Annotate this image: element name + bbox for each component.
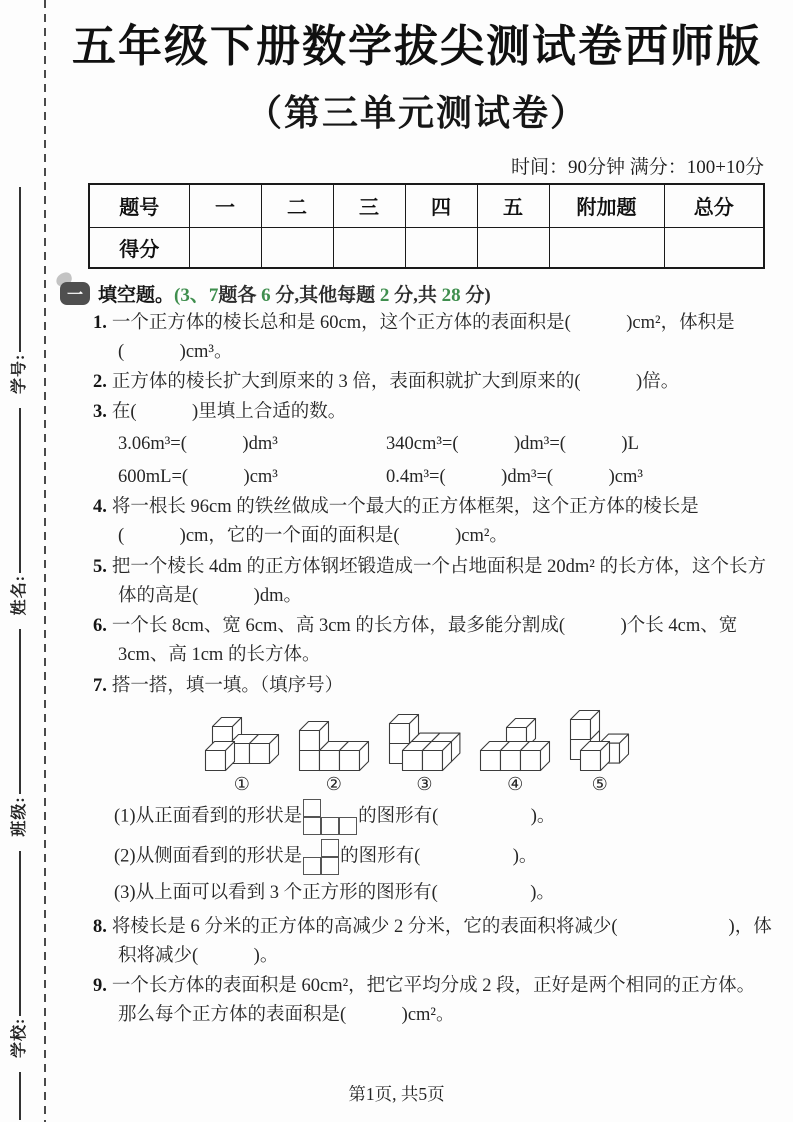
school-field-label: 学校: — [11, 1018, 28, 1058]
question-number: 7. — [93, 676, 107, 696]
score-cell — [549, 227, 664, 268]
score-table-header-row: 题号 一 二 三 四 五 附加题 总分 — [89, 184, 764, 228]
question-7-sub-2: (2)从侧面看到的形状是的图形有( )。 — [56, 839, 772, 875]
cube-blocks-drawing — [388, 713, 461, 772]
col-part-3: 三 — [333, 184, 405, 228]
student-id-field-label: 学号: — [11, 354, 28, 394]
paper-body: 五年级下册数学拔尖测试卷西师版 （第三单元测试卷） 时间：90分钟 满分：100… — [56, 0, 778, 1032]
question-number: 9. — [93, 976, 107, 996]
sub-question-text: 的图形有( )。 — [340, 846, 537, 866]
sub-question-text: (3)从上面可以看到 3 个正方形的图形有( )。 — [114, 883, 555, 903]
cube-figures-row: ① ② ③ ④ ⑤ — [56, 709, 778, 795]
figure-label: ⑤ — [569, 774, 630, 795]
question-number: 1. — [93, 313, 107, 333]
page-indicator: 第1页, 共5页 — [0, 1081, 793, 1106]
question-5: 5.把一个棱长 4dm 的正方体钢坯锻造成一个占地面积是 20dm² 的长方体，… — [56, 553, 772, 611]
question-number: 2. — [93, 372, 107, 392]
figure-label: ④ — [479, 774, 551, 795]
section-one-header: 一 填空题。 (3、7题各 6 分,其他每题 2 分,共 28 分) — [60, 280, 778, 307]
class-field-label: 班级: — [11, 796, 28, 836]
paper-subtitle: （第三单元测试卷） — [56, 85, 778, 136]
sub-question-text: (2)从侧面看到的形状是 — [114, 846, 302, 866]
score-cell — [664, 227, 764, 268]
question-number: 4. — [93, 497, 107, 517]
section-number-badge: 一 — [60, 282, 90, 305]
cube-figure-1: ① — [204, 716, 280, 795]
col-total: 总分 — [664, 184, 764, 228]
question-3-conversions: 3.06m³=( )dm³ 340cm³=( )dm³=( )L 600mL=(… — [56, 428, 778, 493]
question-7-sub-3: (3)从上面可以看到 3 个正方形的图形有( )。 — [56, 879, 772, 909]
question-text: 正方体的棱长扩大到原来的 3 倍，表面积就扩大到原来的( )倍。 — [112, 372, 679, 392]
col-question-number: 题号 — [89, 184, 189, 228]
question-4: 4.将一根长 96cm 的铁丝做成一个最大的正方体框架，这个正方体的棱长是( )… — [56, 493, 772, 551]
binding-sidebar: 学校: 班级: 姓名: 学号: — [0, 0, 44, 1122]
front-view-shape-diagram — [303, 799, 357, 835]
student-info-fields: 学校: 班级: 姓名: 学号: — [6, 120, 29, 1120]
student-id-write-in-line — [19, 187, 21, 352]
question-8: 8.将棱长是 6 分米的正方体的高减少 2 分米，它的表面积将减少( )，体积将… — [56, 913, 772, 971]
question-1: 1.一个正方体的棱长总和是 60cm，这个正方体的表面积是( )cm²，体积是(… — [56, 309, 772, 367]
score-row-label: 得分 — [89, 227, 189, 268]
score-cell — [189, 227, 261, 268]
cube-blocks-drawing — [298, 720, 370, 772]
question-text: 把一个棱长 4dm 的正方体钢坯锻造成一个占地面积是 20dm² 的长方体，这个… — [112, 557, 766, 606]
col-part-4: 四 — [405, 184, 477, 228]
question-text: 将棱长是 6 分米的正方体的高减少 2 分米，它的表面积将减少( )，体积将减少… — [112, 917, 772, 966]
binding-dashed-line — [44, 0, 46, 1122]
figure-label: ③ — [388, 774, 461, 795]
col-part-2: 二 — [261, 184, 333, 228]
name-write-in-line — [19, 408, 21, 573]
question-number: 3. — [93, 402, 107, 422]
paper-title: 五年级下册数学拔尖测试卷西师版 — [56, 22, 778, 73]
col-part-1: 一 — [189, 184, 261, 228]
conversion-item: 0.4m³=( )dm³=( )cm³ — [386, 461, 778, 493]
question-text: 一个正方体的棱长总和是 60cm，这个正方体的表面积是( )cm²，体积是( )… — [112, 313, 735, 362]
question-3: 3.在( )里填上合适的数。 — [56, 398, 772, 427]
question-number: 8. — [93, 917, 107, 937]
conversion-item: 3.06m³=( )dm³ — [118, 428, 386, 460]
cube-figure-4: ④ — [479, 717, 551, 795]
time-and-score-info: 时间：90分钟 满分：100+10分 — [56, 152, 778, 179]
sub-question-text: 的图形有( )。 — [358, 806, 555, 826]
figure-label: ② — [298, 774, 370, 795]
question-9: 9.一个长方体的表面积是 60cm²，把它平均分成 2 段，正好是两个相同的正方… — [56, 972, 772, 1030]
conversion-item: 600mL=( )cm³ — [118, 461, 386, 493]
question-text: 将一根长 96cm 的铁丝做成一个最大的正方体框架，这个正方体的棱长是( )cm… — [112, 497, 699, 546]
score-cell — [261, 227, 333, 268]
figure-label: ① — [204, 774, 280, 795]
cube-blocks-drawing — [204, 716, 280, 772]
cube-figure-2: ② — [298, 720, 370, 795]
question-text: 一个长方体的表面积是 60cm²，把它平均分成 2 段，正好是两个相同的正方体。… — [112, 976, 755, 1025]
cube-blocks-drawing — [569, 709, 630, 772]
col-bonus: 附加题 — [549, 184, 664, 228]
question-text: 在( )里填上合适的数。 — [112, 402, 346, 422]
score-cell — [405, 227, 477, 268]
name-field-label: 姓名: — [11, 575, 28, 615]
conversion-item: 340cm³=( )dm³=( )L — [386, 428, 778, 460]
question-number: 6. — [93, 616, 107, 636]
sub-question-text: (1)从正面看到的形状是 — [114, 806, 302, 826]
question-number: 5. — [93, 557, 107, 577]
section-score-note: (3、7题各 6 分,其他每题 2 分,共 28 分) — [174, 280, 491, 307]
section-badge-wrap: 一 — [60, 282, 90, 305]
cube-figure-3: ③ — [388, 713, 461, 795]
question-7-sub-1: (1)从正面看到的形状是的图形有( )。 — [56, 799, 772, 835]
question-6: 6.一个长 8cm、宽 6cm、高 3cm 的长方体，最多能分割成( )个长 4… — [56, 612, 772, 670]
question-text: 搭一搭，填一填。（填序号） — [112, 676, 343, 696]
question-2: 2.正方体的棱长扩大到原来的 3 倍，表面积就扩大到原来的( )倍。 — [56, 368, 772, 397]
school-write-in-line — [19, 851, 21, 1016]
question-text: 一个长 8cm、宽 6cm、高 3cm 的长方体，最多能分割成( )个长 4cm… — [112, 616, 737, 665]
score-table: 题号 一 二 三 四 五 附加题 总分 得分 — [88, 183, 765, 269]
section-title: 填空题。 — [98, 280, 174, 307]
cube-figure-5: ⑤ — [569, 709, 630, 795]
cube-blocks-drawing — [479, 717, 551, 772]
class-write-in-line — [19, 629, 21, 794]
question-7: 7.搭一搭，填一填。（填序号） — [56, 672, 772, 701]
score-table-score-row: 得分 — [89, 227, 764, 268]
col-part-5: 五 — [477, 184, 549, 228]
score-cell — [333, 227, 405, 268]
score-cell — [477, 227, 549, 268]
side-view-shape-diagram — [303, 839, 339, 875]
